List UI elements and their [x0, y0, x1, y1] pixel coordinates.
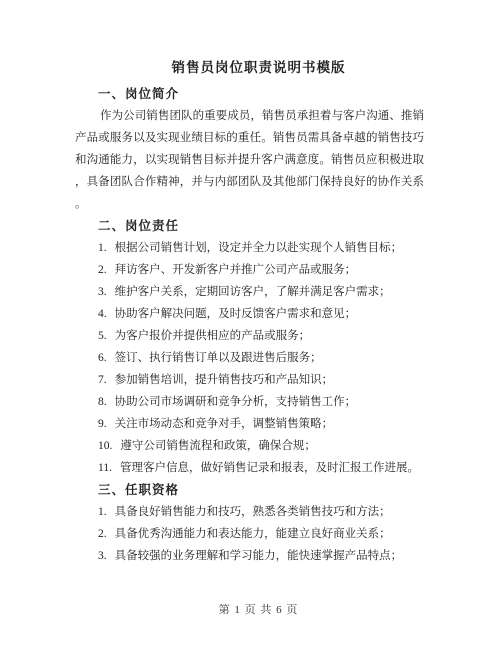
list-item: 1. 根据公司销售计划，设定并全力以赴实现个人销售目标；	[75, 237, 424, 259]
item-number: 10.	[98, 435, 112, 457]
item-number: 5.	[98, 325, 107, 347]
list-item: 3. 维护客户关系，定期回访客户，了解并满足客户需求；	[75, 281, 424, 303]
item-number: 3.	[98, 281, 107, 303]
item-text: 遵守公司销售流程和政策，确保合规；	[120, 435, 316, 457]
item-number: 3.	[98, 545, 107, 567]
intro-line-2: 产品或服务以及实现业绩目标的重任。销售员需具备卓越的销售技巧	[75, 127, 424, 149]
list-item: 5. 为客户报价并提供相应的产品或服务；	[75, 325, 424, 347]
list-item: 2. 具备优秀沟通能力和表达能力，能建立良好商业关系；	[75, 523, 424, 545]
list-item: 4. 协助客户解决问题，及时反馈客户需求和意见；	[75, 303, 424, 325]
list-item: 9. 关注市场动态和竞争对手，调整销售策略；	[75, 413, 424, 435]
item-text: 具备优秀沟通能力和表达能力，能建立良好商业关系；	[115, 523, 391, 545]
item-number: 4.	[98, 303, 107, 325]
intro-line-1: 作为公司销售团队的重要成员，销售员承担着与客户沟通、推销	[75, 105, 424, 127]
item-text: 关注市场动态和竞争对手，调整销售策略；	[115, 413, 334, 435]
item-number: 1.	[98, 237, 107, 259]
item-text: 参加销售培训，提升销售技巧和产品知识；	[115, 369, 334, 391]
list-item: 3. 具备较强的业务理解和学习能力，能快速掌握产品特点；	[75, 545, 424, 567]
item-number: 9.	[98, 413, 107, 435]
responsibilities-list: 1. 根据公司销售计划，设定并全力以赴实现个人销售目标； 2. 拜访客户、开发新…	[75, 237, 424, 479]
document-content: 销售员岗位职责说明书模版 一、岗位简介 作为公司销售团队的重要成员，销售员承担着…	[75, 57, 424, 621]
section-2-heading: 二、岗位责任	[75, 215, 424, 237]
item-number: 2.	[98, 259, 107, 281]
item-text: 维护客户关系，定期回访客户，了解并满足客户需求；	[115, 281, 391, 303]
item-number: 1.	[98, 501, 107, 523]
item-text: 具备良好销售能力和技巧，熟悉各类销售技巧和方法；	[115, 501, 391, 523]
qualifications-list: 1. 具备良好销售能力和技巧，熟悉各类销售技巧和方法； 2. 具备优秀沟通能力和…	[75, 501, 424, 567]
list-item: 8. 协助公司市场调研和竞争分析，支持销售工作；	[75, 391, 424, 413]
list-item: 10. 遵守公司销售流程和政策，确保合规；	[75, 435, 424, 457]
intro-line-5: 。	[75, 193, 424, 215]
item-number: 2.	[98, 523, 107, 545]
item-text: 具备较强的业务理解和学习能力，能快速掌握产品特点；	[115, 545, 403, 567]
list-item: 2. 拜访客户、开发新客户并推广公司产品或服务；	[75, 259, 424, 281]
item-text: 管理客户信息，做好销售记录和报表，及时汇报工作进展。	[120, 457, 419, 479]
intro-line-3: 和沟通能力，以实现销售目标并提升客户满意度。销售员应积极进取	[75, 149, 424, 171]
item-text: 签订、执行销售订单以及跟进售后服务；	[115, 347, 322, 369]
list-item: 6. 签订、执行销售订单以及跟进售后服务；	[75, 347, 424, 369]
item-text: 协助客户解决问题，及时反馈客户需求和意见；	[115, 303, 357, 325]
list-item: 11. 管理客户信息，做好销售记录和报表，及时汇报工作进展。	[75, 457, 424, 479]
section-3-heading: 三、任职资格	[75, 479, 424, 501]
item-number: 11.	[98, 457, 112, 479]
item-text: 为客户报价并提供相应的产品或服务；	[115, 325, 311, 347]
intro-line-4: ，具备团队合作精神，并与内部团队及其他部门保持良好的协作关系	[75, 171, 424, 193]
item-text: 根据公司销售计划，设定并全力以赴实现个人销售目标；	[115, 237, 403, 259]
document-page: 销售员岗位职责说明书模版 一、岗位简介 作为公司销售团队的重要成员，销售员承担着…	[0, 0, 500, 647]
item-number: 6.	[98, 347, 107, 369]
list-item: 7. 参加销售培训，提升销售技巧和产品知识；	[75, 369, 424, 391]
list-item: 1. 具备良好销售能力和技巧，熟悉各类销售技巧和方法；	[75, 501, 424, 523]
item-text: 协助公司市场调研和竞争分析，支持销售工作；	[115, 391, 357, 413]
intro-paragraph: 作为公司销售团队的重要成员，销售员承担着与客户沟通、推销 产品或服务以及实现业绩…	[75, 105, 424, 215]
section-1-heading: 一、岗位简介	[75, 83, 424, 105]
item-number: 8.	[98, 391, 107, 413]
page-number: 第 1 页 共 6 页	[75, 599, 424, 621]
item-text: 拜访客户、开发新客户并推广公司产品或服务；	[115, 259, 357, 281]
document-title: 销售员岗位职责说明书模版	[75, 57, 424, 79]
item-number: 7.	[98, 369, 107, 391]
